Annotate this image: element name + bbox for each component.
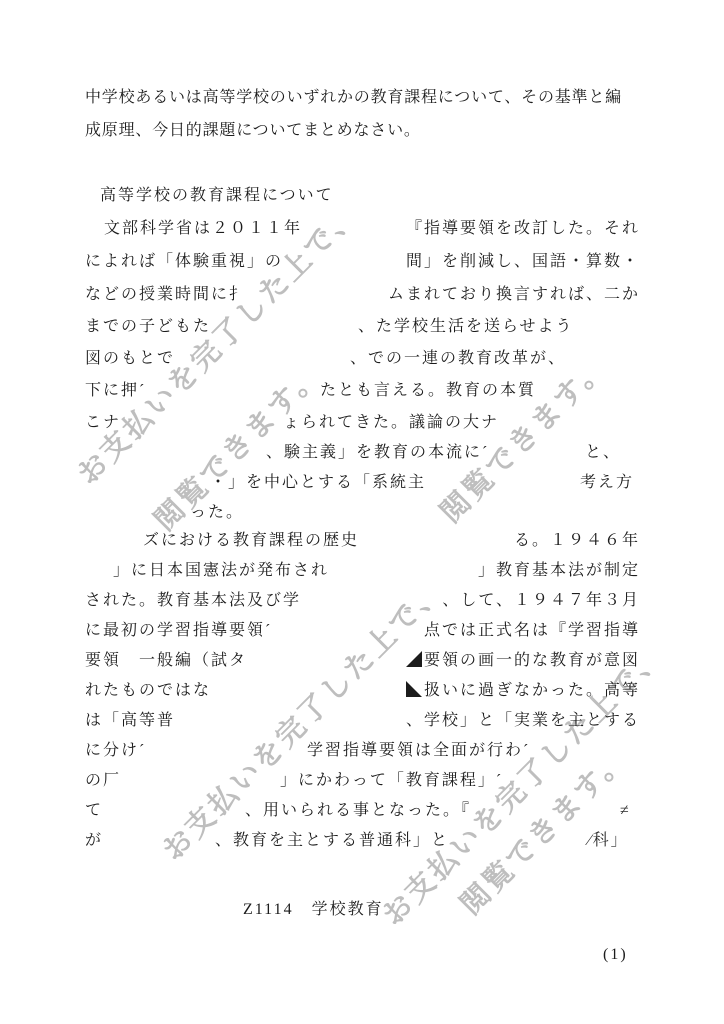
essay-line-fragment: 」教育基本法が制定 bbox=[478, 561, 640, 581]
essay-line-fragment: て bbox=[85, 801, 103, 821]
essay-line-fragment: ズにおける教育課程の歴史 bbox=[143, 531, 359, 551]
essay-line-fragment: は「高等普 bbox=[85, 711, 175, 731]
essay-line-fragment: に分けˊ bbox=[85, 741, 146, 761]
essay-line-fragment: る。１９４６年 bbox=[514, 531, 640, 551]
essay-line-fragment: ょられてきた。議論の大ナ bbox=[283, 413, 499, 433]
essay-line-fragment: ≠ bbox=[620, 801, 631, 821]
essay-line-fragment: 」に日本国憲法が発布され bbox=[113, 561, 329, 581]
essay-line-fragment: 、た学校生活を送らせよう bbox=[358, 317, 574, 337]
essay-line-fragment: 図のもとで bbox=[85, 349, 175, 369]
page-number: (1) bbox=[603, 946, 628, 964]
question-line: 中学校あるいは高等学校のいずれかの教育課程について、その基準と編 bbox=[85, 88, 622, 108]
essay-line-fragment: 下に押ˊ bbox=[85, 381, 146, 401]
essay-line-fragment: 『指導要領を改訂した。それ bbox=[406, 219, 640, 239]
essay-line-fragment: 」にかわって「教育課程」ˊ bbox=[280, 771, 503, 791]
essay-line-fragment: こナ bbox=[85, 413, 121, 433]
essay-line-fragment: 点では正式名は『学習指導 bbox=[424, 621, 640, 641]
essay-line-fragment: の厂 bbox=[85, 771, 121, 791]
essay-line-fragment: 、での一連の教育改革が、 bbox=[350, 349, 566, 369]
essay-line-fragment: 学習指導要領は全面が行わˊ bbox=[307, 741, 530, 761]
essay-line-fragment: ◢要領の画一的な教育が意図 bbox=[406, 651, 640, 671]
essay-line-fragment: までの子どもた bbox=[85, 317, 211, 337]
watermark-view-text: 閲覧できます。 bbox=[436, 351, 613, 528]
essay-line-fragment: 要領 一般編（試タ bbox=[85, 651, 247, 671]
essay-line-fragment: 間」を削減し、国語・算数・ bbox=[406, 252, 640, 272]
essay-line-fragment: 、験主義」を教育の本流にˊ bbox=[266, 443, 489, 463]
essay-line-fragment: った。 bbox=[190, 503, 244, 523]
essay-line-fragment: ムまれており換言すれば、二か bbox=[388, 285, 640, 305]
essay-line-fragment: された。教育基本法及び学 bbox=[85, 591, 301, 611]
essay-line-fragment: ◣扱いに過ぎなかった。高等 bbox=[406, 681, 640, 701]
essay-line-fragment: 文部科学省は２０１１年 bbox=[104, 219, 302, 239]
essay-line-fragment: 、教育を主とする普通科」と bbox=[215, 831, 449, 851]
question-line: 成原理、今日的課題についてまとめなさい。 bbox=[85, 121, 421, 141]
essay-line-fragment: ・」を中心とする「系統主 bbox=[210, 473, 426, 493]
document-page: お支払いを完了した上で、 閲覧できます。 閲覧できます。 お支払いを完了した上で… bbox=[0, 0, 724, 1024]
essay-line-fragment: たとも言える。教育の本質 bbox=[320, 381, 536, 401]
essay-line-fragment: が bbox=[85, 831, 103, 851]
essay-line-fragment: 、学校」と「実業を主とする bbox=[406, 711, 640, 731]
essay-line-fragment: によれば「体験重視」の bbox=[85, 252, 283, 272]
essay-line-fragment: と、 bbox=[585, 443, 621, 463]
essay-line-fragment: などの授業時間に扌 bbox=[85, 285, 247, 305]
essay-line-fragment: 、用いられる事となった。『 bbox=[245, 801, 471, 821]
essay-line-fragment: 、して、１９４７年３月 bbox=[442, 591, 640, 611]
essay-line-fragment: に最初の学習指導要領ˊ bbox=[85, 621, 272, 641]
footer-course-code: Z1114 学校教育 bbox=[243, 896, 384, 919]
essay-line-fragment: れたものではな bbox=[85, 681, 211, 701]
essay-line-fragment: 考え方 bbox=[580, 473, 634, 493]
essay-heading: 高等学校の教育課程について bbox=[100, 186, 334, 206]
essay-line-fragment: ∕科」 bbox=[588, 831, 629, 851]
